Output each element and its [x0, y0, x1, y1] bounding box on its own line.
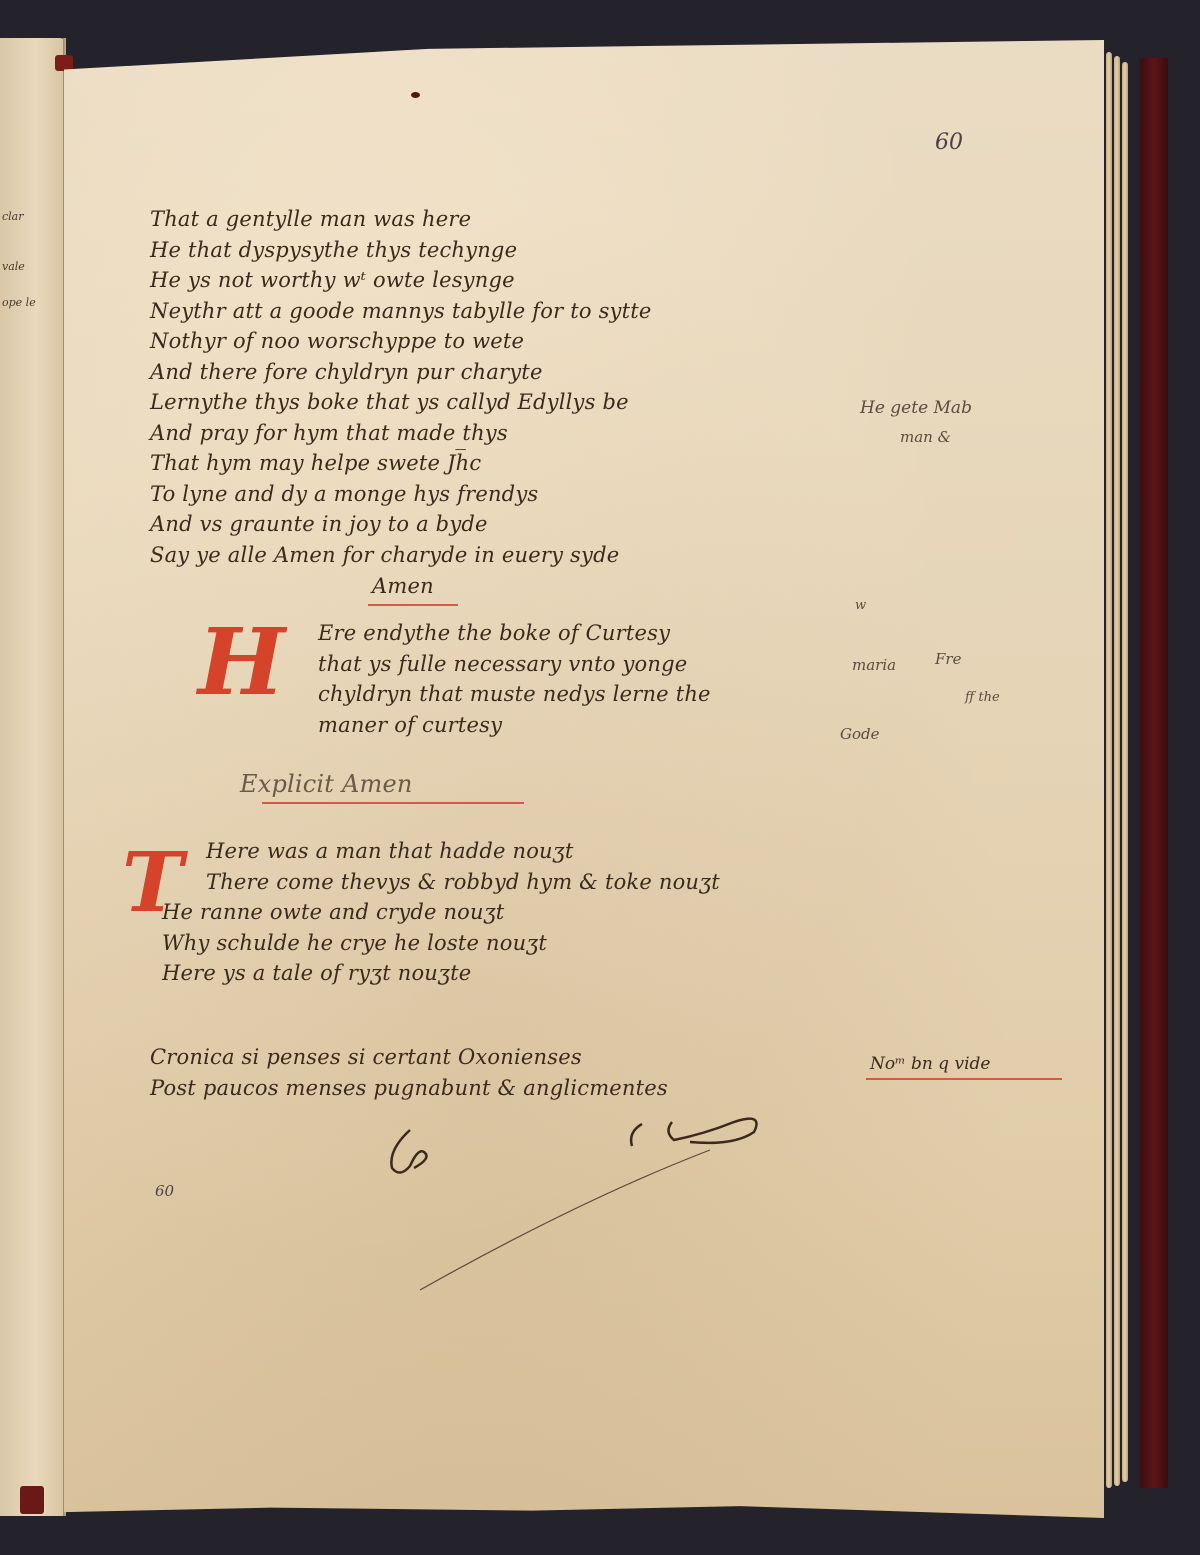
folio-number: 60 [935, 130, 963, 155]
text-line: And there fore chyldryn pur charyte [150, 357, 652, 388]
folio-number-lower: 60 [155, 1182, 174, 1200]
text-line: He that dyspysythe thys techynge [150, 235, 652, 266]
amen-line: Amen [372, 574, 434, 598]
text-line: Here was a man that hadde nouʒt [162, 836, 720, 867]
text-line: Here ys a tale of ryʒt nouʒte [162, 958, 720, 989]
nonsense-verse: Here was a man that hadde nouʒt There co… [162, 836, 720, 989]
left-page-fragment: ope le [2, 296, 36, 309]
margin-note: maria [852, 656, 896, 674]
left-facing-page: clar vale ope le [0, 38, 66, 1516]
latin-prophecy: Cronica si penses si certant Oxonienses … [150, 1042, 668, 1103]
text-line: He ranne owte and cryde nouʒt [162, 897, 720, 928]
binding-edge [1140, 58, 1168, 1488]
text-line: chyldryn that muste nedys lerne the [318, 679, 711, 710]
left-page-fragment: vale [2, 260, 25, 273]
text-line: That a gentylle man was here [150, 204, 652, 235]
explicit-block: Ere endythe the boke of Curtesy that ys … [318, 618, 711, 740]
manuscript-photo: clar vale ope le 60 That a gentylle man … [0, 0, 1200, 1555]
text-line: that ys fulle necessary vnto yonge [318, 649, 711, 680]
left-page-fragment: clar [2, 210, 24, 223]
margin-note: Fre [935, 650, 961, 668]
text-line: There come thevys & robbyd hym & toke no… [162, 867, 720, 898]
text-line: Ere endythe the boke of Curtesy [318, 618, 711, 649]
text-line: Lernythe thys boke that ys callyd Edylly… [150, 387, 652, 418]
binding-corner [20, 1486, 44, 1514]
rubric-underline [866, 1078, 1062, 1080]
text-line: Why schulde he crye he loste nouʒt [162, 928, 720, 959]
rubric-underline [262, 802, 524, 804]
rubric-underline [368, 604, 458, 606]
text-line: Say ye alle Amen for charyde in euery sy… [150, 540, 652, 571]
text-line: maner of curtesy [318, 710, 711, 741]
text-line: Post paucos menses pugnabunt & anglicmen… [150, 1073, 668, 1104]
pen-flourish [380, 1110, 800, 1310]
margin-note: ff the [965, 690, 1000, 705]
explicit-line: Explicit Amen [240, 770, 413, 798]
margin-note: man & [900, 428, 951, 446]
page-edge [1114, 56, 1120, 1486]
text-line: That hym may helpe swete Jh̅c [150, 448, 652, 479]
binding-corner [55, 55, 73, 71]
main-text: That a gentylle man was here He that dys… [150, 204, 652, 570]
margin-note: Gode [840, 725, 880, 743]
margin-note: He gete Mab [860, 398, 972, 418]
text-line: He ys not worthy wᵗ owte lesynge [150, 265, 652, 296]
text-line: And vs graunte in joy to a byde [150, 509, 652, 540]
text-line: And pray for hym that made thys [150, 418, 652, 449]
text-line: Cronica si penses si certant Oxonienses [150, 1042, 668, 1073]
text-line: Neythr att a goode mannys tabylle for to… [150, 296, 652, 327]
page-edge [1122, 62, 1128, 1482]
text-line: Nothyr of noo worschyppe to wete [150, 326, 652, 357]
ink-stain [411, 92, 420, 98]
margin-mark: w [855, 598, 866, 613]
text-line: To lyne and dy a monge hys frendys [150, 479, 652, 510]
red-initial-h: H [198, 616, 285, 708]
page-edge [1106, 52, 1112, 1488]
margin-note-lower: Noᵐ bn q vide [870, 1054, 990, 1074]
